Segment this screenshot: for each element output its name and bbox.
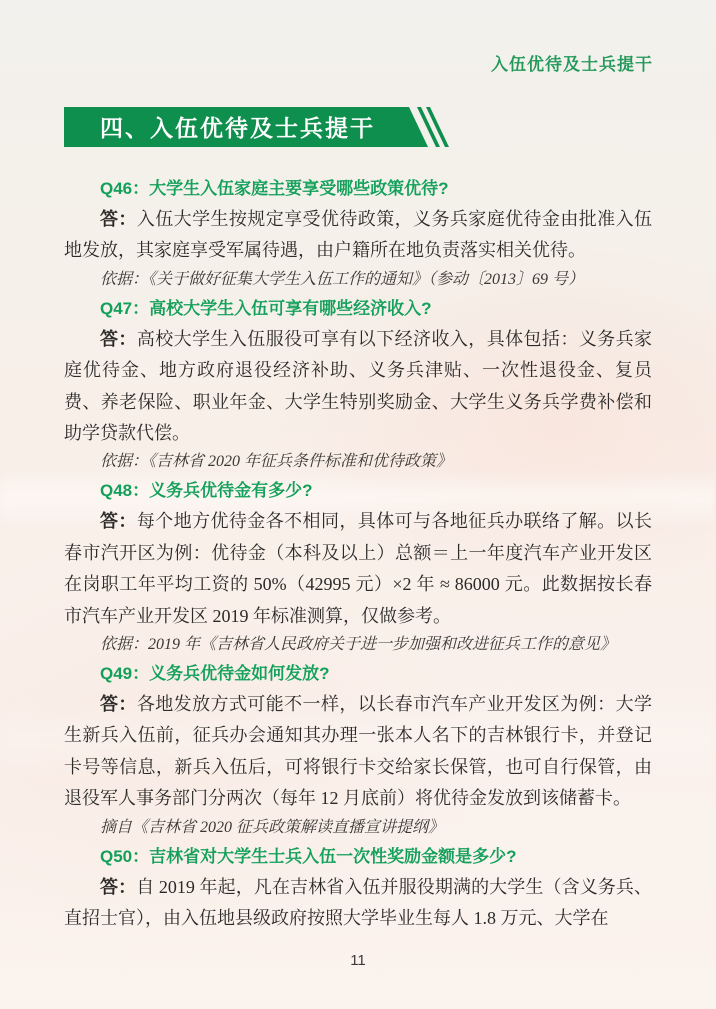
document-page: { "header": { "section_label": "入伍优待及士兵提…: [0, 0, 716, 1009]
page-number: 11: [0, 952, 716, 969]
question-heading: Q48：义务兵优待金有多少?: [64, 475, 652, 506]
qa-block: Q47：高校大学生入伍可享有哪些经济收入? 答：高校大学生入伍服役可享有以下经济…: [64, 293, 652, 476]
section-banner-title: 四、入伍优待及士兵提干: [100, 110, 375, 143]
section-banner: 四、入伍优待及士兵提干: [64, 107, 454, 147]
question-heading: Q47：高校大学生入伍可享有哪些经济收入?: [64, 293, 652, 324]
answer-text: 各地发放方式可能不一样，以长春市汽车产业开发区为例：大学生新兵入伍前，征兵办会通…: [64, 694, 652, 808]
answer-prefix: 答：: [100, 694, 137, 714]
question-heading: Q50：吉林省对大学生士兵入伍一次性奖励金额是多少?: [64, 841, 652, 872]
answer-paragraph: 答：各地发放方式可能不一样，以长春市汽车产业开发区为例：大学生新兵入伍前，征兵办…: [64, 689, 652, 815]
question-heading: Q49：义务兵优待金如何发放?: [64, 658, 652, 689]
qa-block: Q48：义务兵优待金有多少? 答：每个地方优待金各不相同，具体可与各地征兵办联络…: [64, 475, 652, 658]
answer-text: 每个地方优待金各不相同，具体可与各地征兵办联络了解。以长春市汽开区为例：优待金（…: [64, 511, 652, 625]
reference-line: 摘自《吉林省 2020 征兵政策解读直播宣讲提纲》: [64, 815, 652, 841]
running-header: 入伍优待及士兵提干: [491, 50, 653, 75]
answer-text: 入伍大学生按规定享受优待政策，义务兵家庭优待金由批准入伍地发放，其家庭享受军属待…: [64, 209, 652, 260]
question-heading: Q46：大学生入伍家庭主要享受哪些政策优待?: [64, 173, 652, 204]
answer-paragraph: 答：每个地方优待金各不相同，具体可与各地征兵办联络了解。以长春市汽开区为例：优待…: [64, 506, 652, 632]
qa-block: Q49：义务兵优待金如何发放? 答：各地发放方式可能不一样，以长春市汽车产业开发…: [64, 658, 652, 841]
qa-block: Q46：大学生入伍家庭主要享受哪些政策优待? 答：入伍大学生按规定享受优待政策，…: [64, 173, 652, 293]
reference-line: 依据：2019 年《吉林省人民政府关于进一步加强和改进征兵工作的意见》: [64, 632, 652, 658]
answer-text: 自 2019 年起，凡在吉林省入伍并服役期满的大学生（含义务兵、直招士官），由入…: [64, 877, 652, 928]
reference-line: 依据：《关于做好征集大学生入伍工作的通知》（参动〔2013〕69 号）: [64, 267, 652, 293]
reference-line: 依据：《吉林省 2020 年征兵条件标准和优待政策》: [64, 449, 652, 475]
answer-paragraph: 答：入伍大学生按规定享受优待政策，义务兵家庭优待金由批准入伍地发放，其家庭享受军…: [64, 204, 652, 267]
answer-prefix: 答：: [100, 511, 137, 531]
answer-prefix: 答：: [100, 877, 136, 897]
answer-prefix: 答：: [100, 329, 137, 349]
answer-prefix: 答：: [100, 209, 137, 229]
answer-paragraph: 答：自 2019 年起，凡在吉林省入伍并服役期满的大学生（含义务兵、直招士官），…: [64, 872, 652, 935]
answer-paragraph: 答：高校大学生入伍服役可享有以下经济收入，具体包括：义务兵家庭优待金、地方政府退…: [64, 324, 652, 450]
qa-block: Q50：吉林省对大学生士兵入伍一次性奖励金额是多少? 答：自 2019 年起，凡…: [64, 841, 652, 935]
qa-list: Q46：大学生入伍家庭主要享受哪些政策优待? 答：入伍大学生按规定享受优待政策，…: [64, 173, 652, 935]
answer-text: 高校大学生入伍服役可享有以下经济收入，具体包括：义务兵家庭优待金、地方政府退役经…: [64, 329, 652, 443]
